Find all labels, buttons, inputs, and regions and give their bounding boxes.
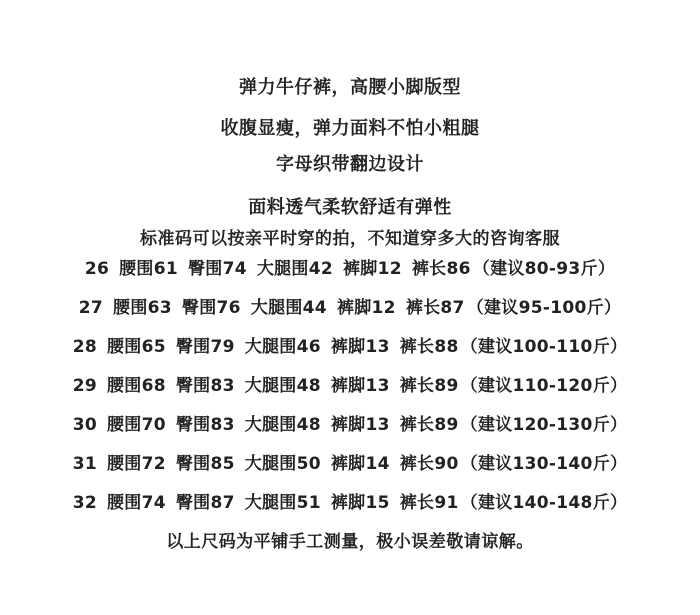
suggest-range-value: 120-130 [513,416,593,435]
hem-value: 13 [365,377,389,396]
thigh-measure: 大腿围46 [245,338,321,357]
length-value: 91 [434,494,458,513]
size-row: 32腰围74臀围87大腿围51裤脚15裤长91（建议140-148斤） [73,494,628,513]
hip-label: 臀围 [176,416,211,435]
hem-measure: 裤脚13 [331,416,390,435]
product-description-page: 弹力牛仔裤，高腰小脚版型 收腹显瘦，弹力面料不怕小粗腿 字母织带翻边设计 面料透… [0,0,700,615]
hip-value: 83 [210,377,234,396]
hem-value: 12 [378,260,402,279]
thigh-measure: 大腿围50 [245,455,321,474]
weight-suggestion: （建议80-93斤） [473,260,615,279]
length-label: 裤长 [412,260,447,279]
unit-label: 斤 [593,377,610,396]
paren-open: （ [473,260,490,279]
length-label: 裤长 [400,338,435,357]
paren-close: ） [604,299,621,318]
waist-value: 65 [142,338,166,357]
headline-slimming: 收腹显瘦，弹力面料不怕小粗腿 [221,119,480,138]
thigh-value: 50 [297,455,321,474]
headline-design: 字母织带翻边设计 [276,155,424,174]
length-value: 88 [434,338,458,357]
waist-label: 腰围 [107,377,142,396]
waist-label: 腰围 [107,338,142,357]
length-value: 87 [440,299,464,318]
suggest-range-value: 130-140 [513,455,593,474]
unit-label: 斤 [587,299,604,318]
waist-measure: 腰围74 [107,494,166,513]
hip-value: 85 [210,455,234,474]
size-value: 29 [73,377,97,396]
hip-measure: 臀围83 [176,377,235,396]
paren-close: ） [610,416,627,435]
suggest-label: 建议 [478,377,513,396]
hem-label: 裤脚 [343,260,378,279]
hem-measure: 裤脚13 [331,338,390,357]
waist-measure: 腰围65 [107,338,166,357]
footer-note: 以上尺码为平铺手工测量，极小误差敬请谅解。 [166,533,534,552]
suggest-label: 建议 [478,338,513,357]
hem-measure: 裤脚13 [331,377,390,396]
hip-value: 74 [223,260,247,279]
size-value: 31 [73,455,97,474]
suggest-label: 建议 [490,260,525,279]
sizing-advice: 标准码可以按亲平时穿的拍，不知道穿多大的咨询客服 [140,230,560,249]
thigh-label: 大腿围 [245,416,297,435]
length-measure: 裤长89 [400,416,459,435]
size-value: 26 [85,260,109,279]
suggest-range-value: 100-110 [513,338,593,357]
length-label: 裤长 [400,377,435,396]
hip-measure: 臀围76 [182,299,241,318]
size-table: 26腰围61臀围74大腿围42裤脚12裤长86（建议80-93斤）27腰围63臀… [73,260,628,533]
length-measure: 裤长89 [400,377,459,396]
size-value: 27 [79,299,103,318]
size-row: 27腰围63臀围76大腿围44裤脚12裤长87（建议95-100斤） [79,299,621,318]
paren-close: ） [610,338,627,357]
suggest-label: 建议 [478,455,513,474]
thigh-label: 大腿围 [251,299,303,318]
length-value: 89 [434,416,458,435]
unit-label: 斤 [593,338,610,357]
waist-value: 72 [142,455,166,474]
thigh-label: 大腿围 [245,377,297,396]
paren-open: （ [461,455,478,474]
thigh-measure: 大腿围48 [245,377,321,396]
length-measure: 裤长91 [400,494,459,513]
waist-label: 腰围 [113,299,148,318]
thigh-measure: 大腿围44 [251,299,327,318]
paren-open: （ [461,416,478,435]
waist-measure: 腰围63 [113,299,172,318]
thigh-label: 大腿围 [245,494,297,513]
paren-close: ） [610,494,627,513]
hip-label: 臀围 [176,494,211,513]
thigh-label: 大腿围 [245,338,297,357]
length-measure: 裤长90 [400,455,459,474]
hem-label: 裤脚 [331,416,366,435]
size-row: 26腰围61臀围74大腿围42裤脚12裤长86（建议80-93斤） [85,260,615,279]
hip-value: 83 [210,416,234,435]
hem-measure: 裤脚12 [337,299,396,318]
size-row: 29腰围68臀围83大腿围48裤脚13裤长89（建议110-120斤） [73,377,628,396]
thigh-label: 大腿围 [257,260,309,279]
thigh-measure: 大腿围42 [257,260,333,279]
hem-measure: 裤脚14 [331,455,390,474]
hip-label: 臀围 [176,377,211,396]
thigh-value: 44 [303,299,327,318]
hem-value: 14 [365,455,389,474]
suggest-range-value: 80-93 [525,260,581,279]
hem-label: 裤脚 [337,299,372,318]
hip-measure: 臀围74 [188,260,247,279]
thigh-measure: 大腿围51 [245,494,321,513]
thigh-measure: 大腿围48 [245,416,321,435]
suggest-label: 建议 [484,299,519,318]
length-value: 90 [434,455,458,474]
waist-label: 腰围 [107,455,142,474]
length-label: 裤长 [400,416,435,435]
waist-label: 腰围 [107,416,142,435]
hip-measure: 臀围83 [176,416,235,435]
hem-label: 裤脚 [331,338,366,357]
paren-open: （ [461,338,478,357]
weight-suggestion: （建议110-120斤） [461,377,628,396]
paren-close: ） [610,455,627,474]
waist-measure: 腰围61 [119,260,178,279]
hip-measure: 臀围79 [176,338,235,357]
weight-suggestion: （建议95-100斤） [467,299,622,318]
waist-value: 70 [142,416,166,435]
waist-measure: 腰围70 [107,416,166,435]
suggest-label: 建议 [478,416,513,435]
unit-label: 斤 [593,455,610,474]
size-value: 32 [73,494,97,513]
hip-value: 87 [210,494,234,513]
hem-label: 裤脚 [331,455,366,474]
unit-label: 斤 [593,494,610,513]
thigh-value: 48 [297,377,321,396]
headline-fabric: 面料透气柔软舒适有弹性 [248,198,452,217]
length-measure: 裤长86 [412,260,471,279]
waist-value: 61 [154,260,178,279]
waist-value: 74 [142,494,166,513]
suggest-range-value: 95-100 [519,299,587,318]
hem-value: 13 [365,338,389,357]
hem-measure: 裤脚15 [331,494,390,513]
size-row: 31腰围72臀围85大腿围50裤脚14裤长90（建议130-140斤） [73,455,628,474]
hip-value: 76 [217,299,241,318]
waist-measure: 腰围68 [107,377,166,396]
waist-measure: 腰围72 [107,455,166,474]
hip-label: 臀围 [188,260,223,279]
length-value: 89 [434,377,458,396]
waist-value: 68 [142,377,166,396]
weight-suggestion: （建议100-110斤） [461,338,628,357]
headline-style: 弹力牛仔裤，高腰小脚版型 [239,78,461,97]
length-label: 裤长 [400,455,435,474]
thigh-value: 46 [297,338,321,357]
hip-label: 臀围 [176,455,211,474]
paren-close: ） [598,260,615,279]
hip-measure: 臀围87 [176,494,235,513]
hem-value: 12 [372,299,396,318]
paren-open: （ [467,299,484,318]
weight-suggestion: （建议140-148斤） [461,494,628,513]
length-measure: 裤长88 [400,338,459,357]
suggest-range-value: 110-120 [513,377,593,396]
hem-value: 15 [365,494,389,513]
length-measure: 裤长87 [406,299,465,318]
weight-suggestion: （建议130-140斤） [461,455,628,474]
size-row: 30腰围70臀围83大腿围48裤脚13裤长89（建议120-130斤） [73,416,628,435]
thigh-value: 42 [309,260,333,279]
length-value: 86 [446,260,470,279]
unit-label: 斤 [581,260,598,279]
waist-label: 腰围 [107,494,142,513]
hem-label: 裤脚 [331,377,366,396]
thigh-label: 大腿围 [245,455,297,474]
hip-label: 臀围 [182,299,217,318]
waist-value: 63 [148,299,172,318]
size-row: 28腰围65臀围79大腿围46裤脚13裤长88（建议100-110斤） [73,338,628,357]
hip-measure: 臀围85 [176,455,235,474]
hem-measure: 裤脚12 [343,260,402,279]
size-value: 30 [73,416,97,435]
size-value: 28 [73,338,97,357]
paren-close: ） [610,377,627,396]
paren-open: （ [461,494,478,513]
length-label: 裤长 [406,299,441,318]
suggest-label: 建议 [478,494,513,513]
weight-suggestion: （建议120-130斤） [461,416,628,435]
hip-value: 79 [210,338,234,357]
thigh-value: 48 [297,416,321,435]
suggest-range-value: 140-148 [513,494,593,513]
unit-label: 斤 [593,416,610,435]
hip-label: 臀围 [176,338,211,357]
hem-label: 裤脚 [331,494,366,513]
hem-value: 13 [365,416,389,435]
thigh-value: 51 [297,494,321,513]
waist-label: 腰围 [119,260,154,279]
length-label: 裤长 [400,494,435,513]
paren-open: （ [461,377,478,396]
